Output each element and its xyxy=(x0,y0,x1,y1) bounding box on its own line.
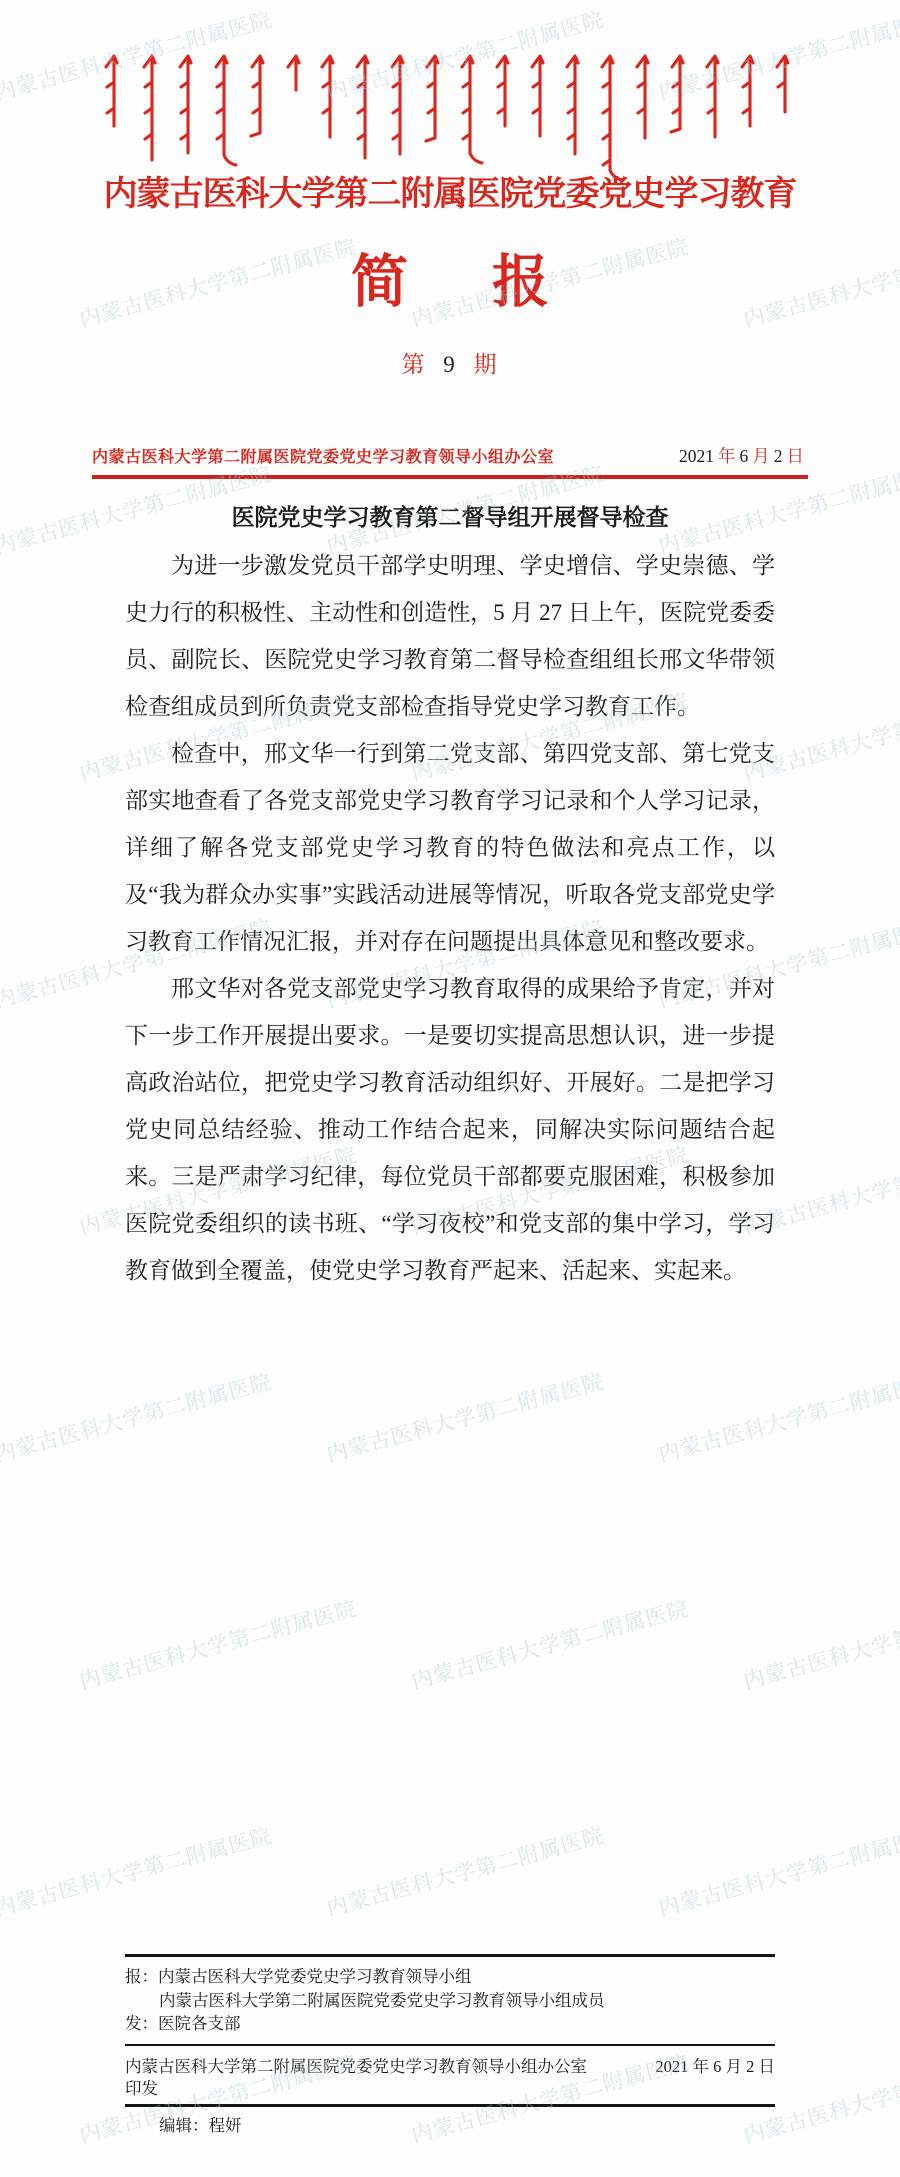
issue-date-month-label: 月 xyxy=(752,446,770,466)
watermark-text: 内蒙古医科大学第二附属医院 xyxy=(323,1366,607,1469)
issue-date-month: 6 xyxy=(740,446,749,466)
footer-distribution-line: 发：医院各支部 xyxy=(125,2012,775,2036)
footer-report-line: 报：内蒙古医科大学党委党史学习教育领导小组 xyxy=(125,1965,775,1989)
issue-date-year-label: 年 xyxy=(718,446,736,466)
masthead-divider-rule xyxy=(92,475,808,479)
issue-suffix: 期 xyxy=(474,352,499,377)
imprint-suffix: 印发 xyxy=(125,2078,775,2100)
issue-number: 9 xyxy=(443,352,457,377)
organization-title: 内蒙古医科大学第二附属医院党委党史学习教育 xyxy=(0,166,900,215)
article-paragraph: 为进一步激发党员干部学史明理、学史增信、学史崇德、学史力行的积极性、主动性和创造… xyxy=(125,542,775,730)
article-paragraph: 检查中，邢文华一行到第二党支部、第四党支部、第七党支部实地查看了各党支部党史学习… xyxy=(125,730,775,965)
watermark-text: 内蒙古医科大学第二附属医院 xyxy=(655,1366,900,1469)
watermark-text: 内蒙古医科大学第二附属医院 xyxy=(76,1593,360,1696)
watermark-text: 内蒙古医科大学第二附属医院 xyxy=(0,1820,275,1923)
watermark-text: 内蒙古医科大学第二附属医院 xyxy=(408,1593,692,1696)
watermark-text: 内蒙古医科大学第二附属医院 xyxy=(0,1366,275,1469)
issue-number-line: 第 9 期 xyxy=(0,346,900,379)
report-recipient-1: 内蒙古医科大学党委党史学习教育领导小组 xyxy=(158,1967,472,1986)
issue-prefix: 第 xyxy=(402,352,427,377)
masthead-meta-row: 内蒙古医科大学第二附属医院党委党史学习教育领导小组办公室 2021年6月2日 xyxy=(92,443,808,468)
imprint-date: 2021 年 6 月 2 日 xyxy=(655,2056,775,2078)
issue-date: 2021年6月2日 xyxy=(679,443,808,468)
footer-bottom-rule xyxy=(125,2104,775,2107)
footer-report-line2: 内蒙古医科大学第二附属医院党委党史学习教育领导小组成员 xyxy=(125,1989,775,2013)
bulletin-page: 内蒙古医科大学第二附属医院内蒙古医科大学第二附属医院内蒙古医科大学第二附属医院内… xyxy=(0,0,900,2177)
editor-label: 编辑： xyxy=(159,2116,209,2135)
issue-date-day: 2 xyxy=(774,446,783,466)
imprint-row: 内蒙古医科大学第二附属医院党委党史学习教育领导小组办公室 2021 年 6 月 … xyxy=(125,2056,775,2078)
editor-name: 程妍 xyxy=(209,2116,242,2135)
bulletin-title: 简 报 xyxy=(0,254,900,311)
article-body: 为进一步激发党员干部学史明理、学史增信、学史崇德、学史力行的积极性、主动性和创造… xyxy=(125,542,775,1294)
distribution-recipient: 医院各支部 xyxy=(158,2014,241,2033)
distribution-label: 发： xyxy=(125,2014,158,2033)
report-recipient-2: 内蒙古医科大学第二附属医院党委党史学习教育领导小组成员 xyxy=(159,1991,605,2010)
article-paragraph: 邢文华对各党支部党史学习教育取得的成果给予肯定，并对下一步工作开展提出要求。一是… xyxy=(125,965,775,1294)
watermark-text: 内蒙古医科大学第二附属医院 xyxy=(655,1820,900,1923)
bulletin-char-left: 简 xyxy=(351,254,408,311)
document-footer: 报：内蒙古医科大学党委党史学习教育领导小组 内蒙古医科大学第二附属医院党委党史学… xyxy=(125,1954,775,2137)
watermark-text: 内蒙古医科大学第二附属医院 xyxy=(740,1593,900,1696)
watermark-text: 内蒙古医科大学第二附属医院 xyxy=(323,1820,607,1923)
editor-line: 编辑：程妍 xyxy=(125,2114,775,2138)
issue-date-day-label: 日 xyxy=(787,446,805,466)
imprint-office: 内蒙古医科大学第二附属医院党委党史学习教育领导小组办公室 xyxy=(125,2056,587,2078)
report-label: 报： xyxy=(125,1967,158,1986)
footer-middle-rule xyxy=(125,2044,775,2046)
issue-date-year: 2021 xyxy=(679,446,714,466)
issuing-office: 内蒙古医科大学第二附属医院党委党史学习教育领导小组办公室 xyxy=(92,444,554,467)
article-title: 医院党史学习教育第二督导组开展督导检查 xyxy=(0,499,900,532)
footer-top-rule xyxy=(125,1954,775,1957)
bulletin-char-right: 报 xyxy=(492,254,549,311)
